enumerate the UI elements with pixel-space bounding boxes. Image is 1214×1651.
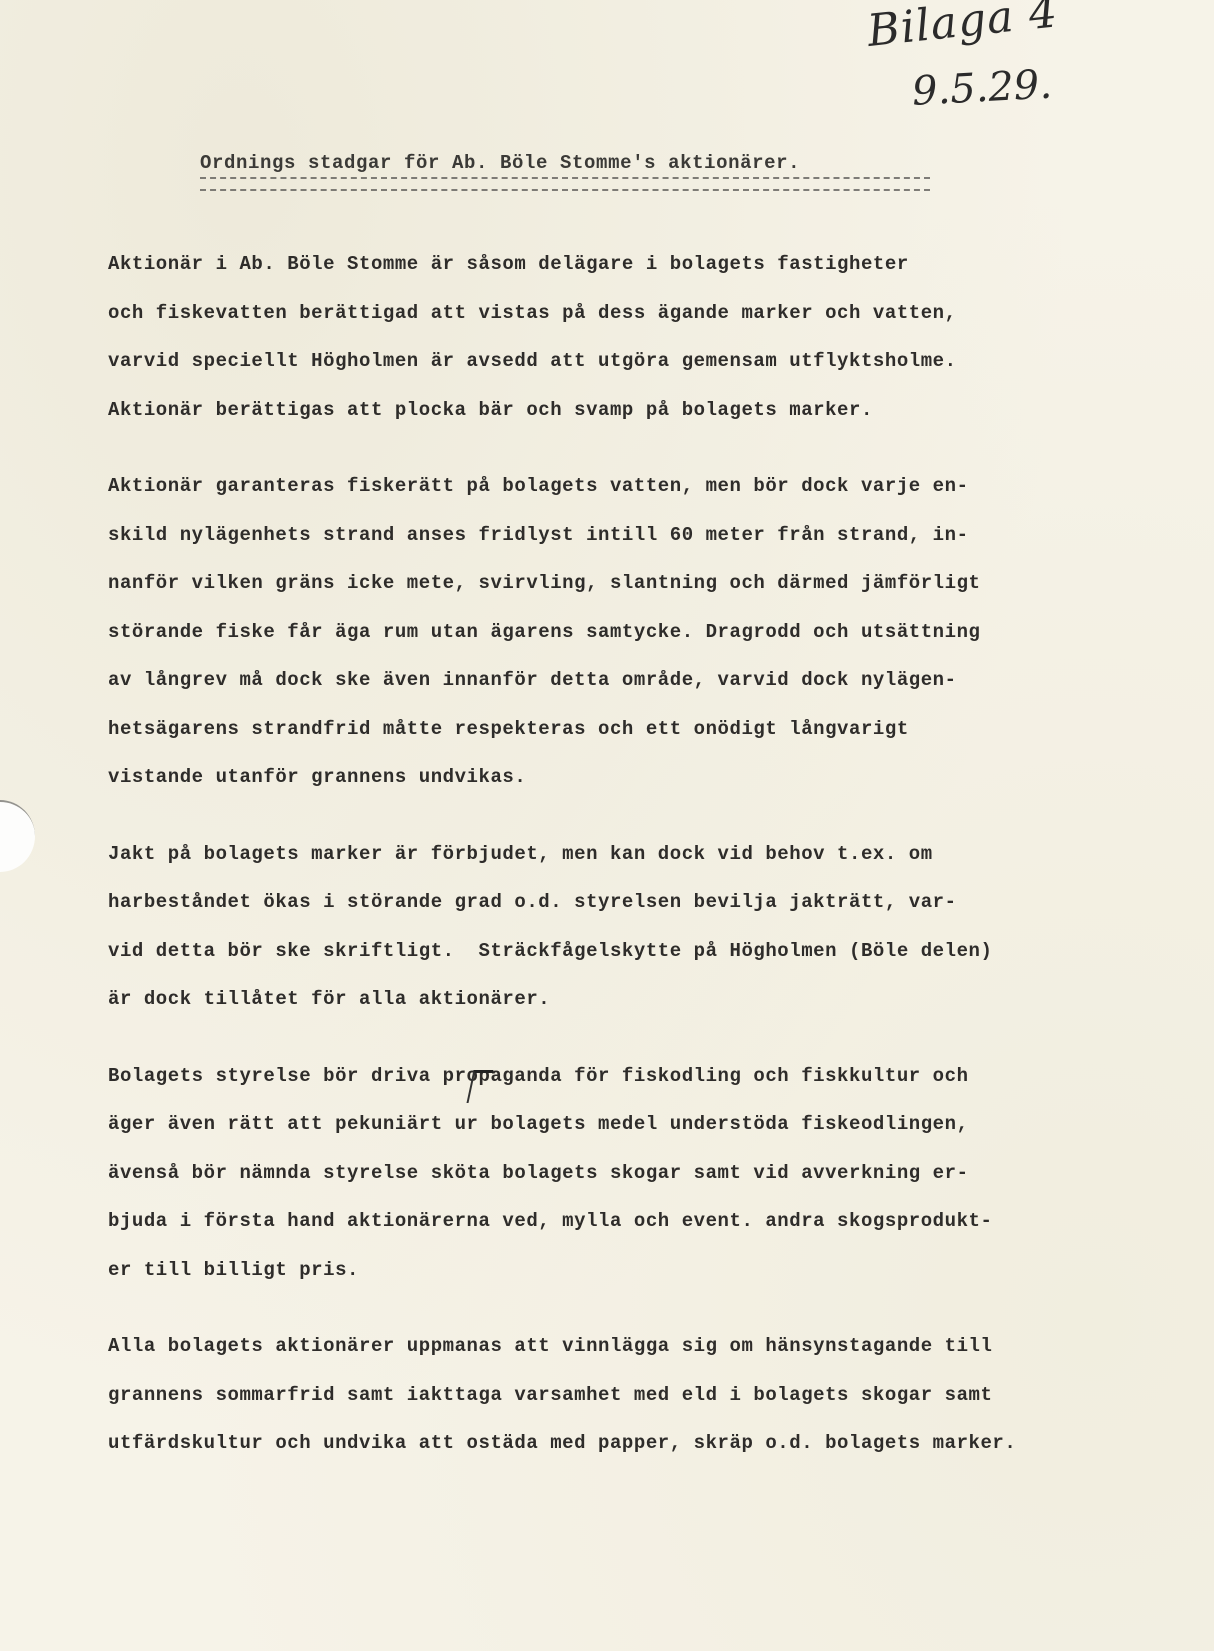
paragraph-neighbor-conduct: Alla bolagets aktionärer uppmanas att vi… (108, 1322, 1168, 1468)
text-line: nanför vilken gräns icke mete, svirvling… (108, 559, 1168, 608)
text-line: vid detta bör ske skriftligt. Sträckfåge… (108, 927, 1168, 976)
text-line: vistande utanför grannens undvikas. (108, 753, 1168, 802)
text-line: Aktionär i Ab. Böle Stomme är såsom delä… (108, 240, 1168, 289)
annotation-label: Bilaga 4 (865, 0, 1060, 54)
paragraph-board-duties: Bolagets styrelse bör driva propaganda f… (108, 1052, 1168, 1295)
text-line: Aktionär garanteras fiskerätt på bolaget… (108, 462, 1168, 511)
text-line: äger även rätt att pekuniärt ur bolagets… (108, 1100, 1168, 1149)
text-line: är dock tillåtet för alla aktionärer. (108, 975, 1168, 1024)
text-line: harbeståndet ökas i störande grad o.d. s… (108, 878, 1168, 927)
text-line: störande fiske får äga rum utan ägarens … (108, 608, 1168, 657)
text-line: ävenså bör nämnda styrelse sköta bolaget… (108, 1149, 1168, 1198)
document-body: Aktionär i Ab. Böle Stomme är såsom delä… (108, 240, 1168, 1496)
annotation-date: 9.5.29. (911, 64, 1062, 112)
text-line: varvid speciellt Högholmen är avsedd att… (108, 337, 1168, 386)
text-line: utfärdskultur och undvika att ostäda med… (108, 1419, 1168, 1468)
text-line: Aktionär berättigas att plocka bär och s… (108, 386, 1168, 435)
text-line: Jakt på bolagets marker är förbjudet, me… (108, 830, 1168, 879)
text-line: bjuda i första hand aktionärerna ved, my… (108, 1197, 1168, 1246)
text-line: Alla bolagets aktionärer uppmanas att vi… (108, 1322, 1168, 1371)
text-line: grannens sommarfrid samt iakttaga varsam… (108, 1371, 1168, 1420)
text-line: hetsägarens strandfrid måtte respekteras… (108, 705, 1168, 754)
document-title: Ordnings stadgar för Ab. Böle Stomme's a… (200, 152, 800, 174)
title-underline (200, 177, 930, 191)
text-line: skild nylägenhets strand anses fridlyst … (108, 511, 1168, 560)
paragraph-fishing-rights: Aktionär garanteras fiskerätt på bolaget… (108, 462, 1168, 802)
paragraph-hunting: Jakt på bolagets marker är förbjudet, me… (108, 830, 1168, 1024)
text-line: och fiskevatten berättigad att vistas på… (108, 289, 1168, 338)
handwritten-annotation: Bilaga 4 9.5.29. (870, 10, 1061, 108)
text-line: Bolagets styrelse bör driva propaganda f… (108, 1052, 1168, 1101)
text-line: av långrev må dock ske även innanför det… (108, 656, 1168, 705)
text-line: er till billigt pris. (108, 1246, 1168, 1295)
paragraph-access-rights: Aktionär i Ab. Böle Stomme är såsom delä… (108, 240, 1168, 434)
